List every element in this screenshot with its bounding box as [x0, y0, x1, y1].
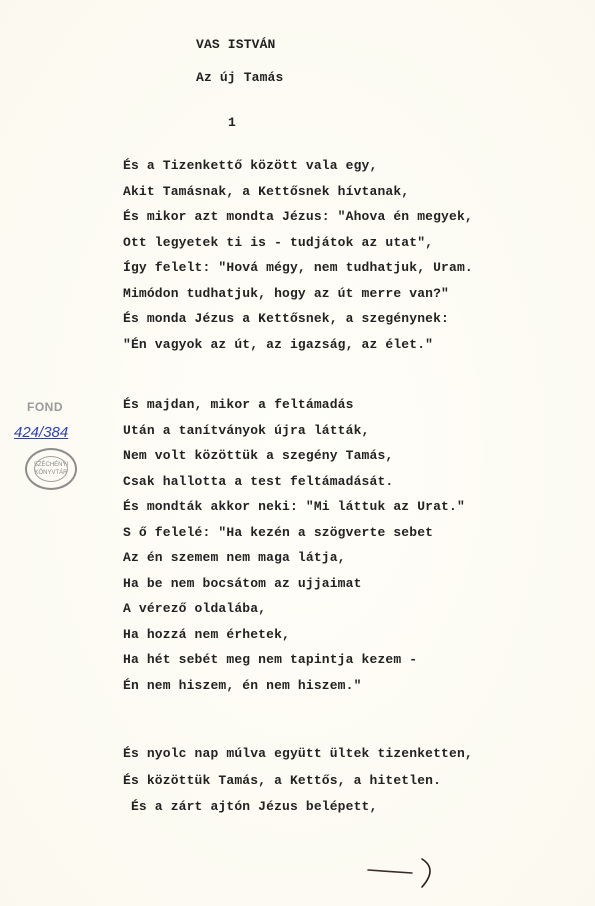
verse-line: És mondták akkor neki: "Mi láttuk az Ura… — [123, 494, 465, 520]
verse-line: Mimódon tudhatjuk, hogy az út merre van?… — [123, 281, 473, 307]
verse-line: Után a tanítványok újra látták, — [123, 418, 465, 444]
verse-line: Nem volt közöttük a szegény Tamás, — [123, 443, 465, 469]
stanza-3: És nyolc nap múlva együtt ültek tizenket… — [123, 741, 473, 821]
verse-line: A vérező oldalába, — [123, 596, 465, 622]
section-number: 1 — [228, 115, 236, 130]
verse-line: Én nem hiszem, én nem hiszem." — [123, 673, 465, 699]
verse-line: Ott legyetek ti is - tudjátok az utat", — [123, 230, 473, 256]
verse-line: "Én vagyok az út, az igazság, az élet." — [123, 332, 473, 358]
verse-line: És majdan, mikor a feltámadás — [123, 392, 465, 418]
verse-line: Akit Tamásnak, a Kettősnek hívtanak, — [123, 179, 473, 205]
verse-line: Ha hozzá nem érhetek, — [123, 622, 465, 648]
verse-line: Ha hét sebét meg nem tapintja kezem - — [123, 647, 465, 673]
verse-line: És a Tizenkettő között vala egy, — [123, 153, 473, 179]
verse-line: S ő felelé: "Ha kezén a szögverte sebet — [123, 520, 465, 546]
archive-fond-label: FOND — [27, 400, 63, 414]
stanza-2: És majdan, mikor a feltámadás Után a tan… — [123, 392, 465, 698]
verse-line: És közöttük Tamás, a Kettős, a hitetlen. — [123, 768, 473, 795]
stanza-1: És a Tizenkettő között vala egy, Akit Ta… — [123, 153, 473, 357]
library-seal-stamp: SZÉCHÉNYI KÖNYVTÁR — [25, 448, 77, 490]
verse-line: Így felelt: "Hová mégy, nem tudhatjuk, U… — [123, 255, 473, 281]
library-seal-text: SZÉCHÉNYI KÖNYVTÁR — [27, 461, 75, 477]
verse-line: Csak hallotta a test feltámadását. — [123, 469, 465, 495]
verse-line: És monda Jézus a Kettősnek, a szegénynek… — [123, 306, 473, 332]
verse-line: Az én szemem nem maga látja, — [123, 545, 465, 571]
verse-line: És a zárt ajtón Jézus belépett, — [123, 794, 473, 821]
arrow-right-icon — [360, 855, 440, 895]
archive-call-number: 424/384 — [14, 424, 68, 441]
verse-line: Ha be nem bocsátom az ujjaimat — [123, 571, 465, 597]
verse-line: És nyolc nap múlva együtt ültek tizenket… — [123, 741, 473, 768]
poem-title: Az új Tamás — [196, 70, 283, 85]
document-page: VAS ISTVÁN Az új Tamás 1 És a Tizenkettő… — [0, 0, 595, 906]
poem-author: VAS ISTVÁN — [196, 37, 276, 52]
verse-line: És mikor azt mondta Jézus: "Ahova én meg… — [123, 204, 473, 230]
